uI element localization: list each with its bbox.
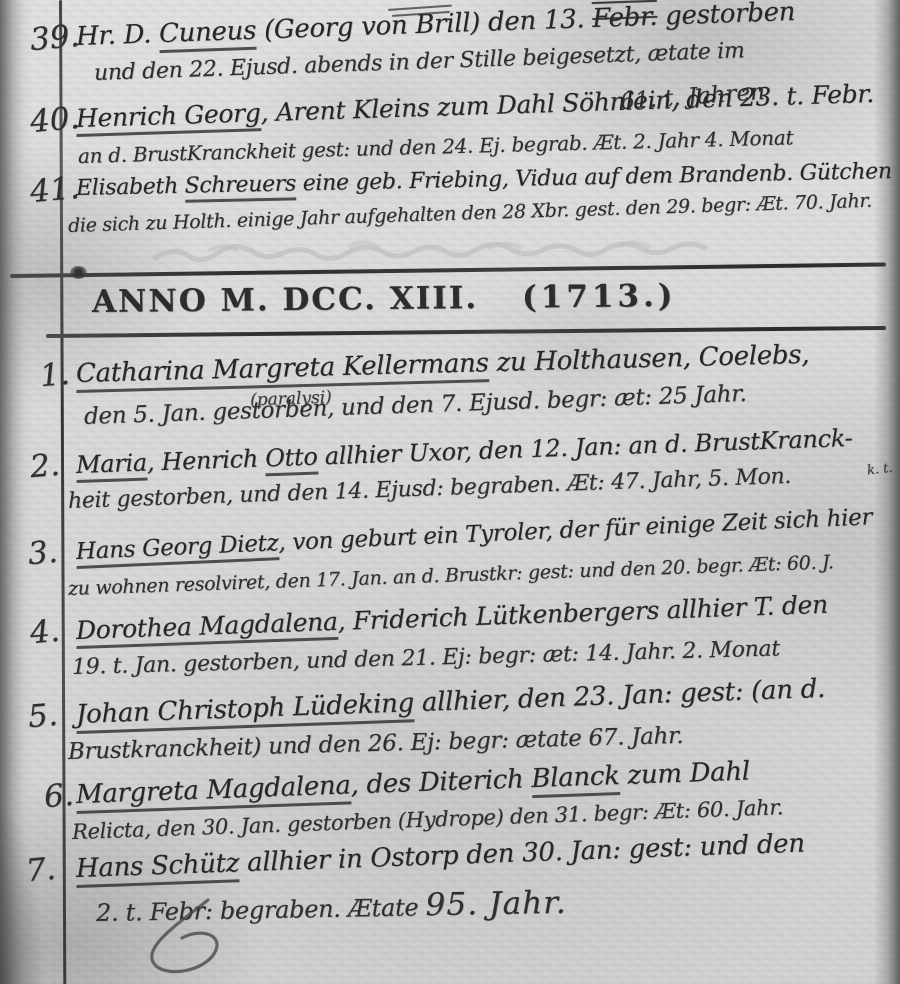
underlined-name: Cuneus: [159, 16, 257, 53]
section-rule-top: [10, 263, 886, 278]
register-entry-7: 7. Hans Schütz allhier in Ostorp den 30.…: [76, 852, 886, 930]
entry-number: 3.: [26, 534, 59, 572]
register-entry-41: 41. Elisabeth Schreuers eine geb. Friebi…: [76, 172, 886, 243]
entry-number: 6.: [42, 777, 75, 815]
underlined-name: Hans Georg Dietz: [75, 530, 279, 569]
year-text: (1713.): [522, 278, 677, 316]
entry-number: 4.: [28, 613, 61, 651]
text-segment: Elisabeth: [76, 174, 185, 201]
underlined-name: Catharina Margreta Kellermans: [76, 348, 489, 393]
underlined-name: Dorothea Magdalena: [75, 607, 338, 649]
text-segment: 2. t. Febr: begraben. Ætate: [96, 893, 426, 927]
text-segment: 95. Jahr.: [425, 885, 567, 923]
entry-number: 41.: [29, 170, 81, 210]
text-segment: , des Diterich: [350, 764, 532, 800]
text-segment: Hr. D.: [75, 19, 159, 52]
entry-number: 7.: [24, 851, 57, 889]
anno-text: ANNO M. DCC. XIII.: [92, 280, 478, 320]
register-page-scan: 39. Hr. D. Cuneus (Georg von Brill) den …: [0, 0, 900, 984]
entry-number: 1.: [38, 356, 71, 394]
text-segment: Febr.: [592, 2, 658, 34]
text-segment: (Georg von Brill) den 13.: [256, 4, 593, 46]
underlined-name: Otto: [265, 443, 318, 477]
bottom-left-smudge: [0, 804, 46, 984]
register-entry-1: 1. Catharina Margreta Kellermans zu Holt…: [76, 357, 886, 434]
entry-number: 40.: [29, 100, 81, 140]
entry-line-2: 2. t. Febr: begraben. Ætate 95. Jahr.: [96, 880, 887, 930]
text-segment: zu Holthausen, Coelebs,: [488, 340, 809, 378]
ink-blot: [70, 266, 87, 279]
underlined-name: Blanck: [531, 761, 620, 798]
underlined-name: Schreuers: [184, 171, 296, 202]
entry-number: 39.: [29, 18, 81, 58]
underlined-name: Henrich Georg: [76, 98, 262, 137]
underlined-name: Hans Schütz: [75, 848, 239, 888]
text-segment: zum Dahl: [619, 756, 750, 791]
text-segment: , Henrich: [146, 444, 265, 476]
year-heading: ANNO M. DCC. XIII.(1713.): [92, 278, 677, 320]
number-column-divider-line: [59, 0, 66, 984]
cause-insert-note: (paralysi): [250, 388, 332, 411]
entry-number: 5.: [26, 697, 59, 735]
underlined-name: Maria: [76, 449, 148, 483]
marginal-note: k. t.: [866, 461, 893, 479]
section-rule-bottom: [46, 326, 886, 338]
entry-number: 2.: [28, 447, 61, 485]
text-segment: gestorben: [657, 0, 796, 32]
